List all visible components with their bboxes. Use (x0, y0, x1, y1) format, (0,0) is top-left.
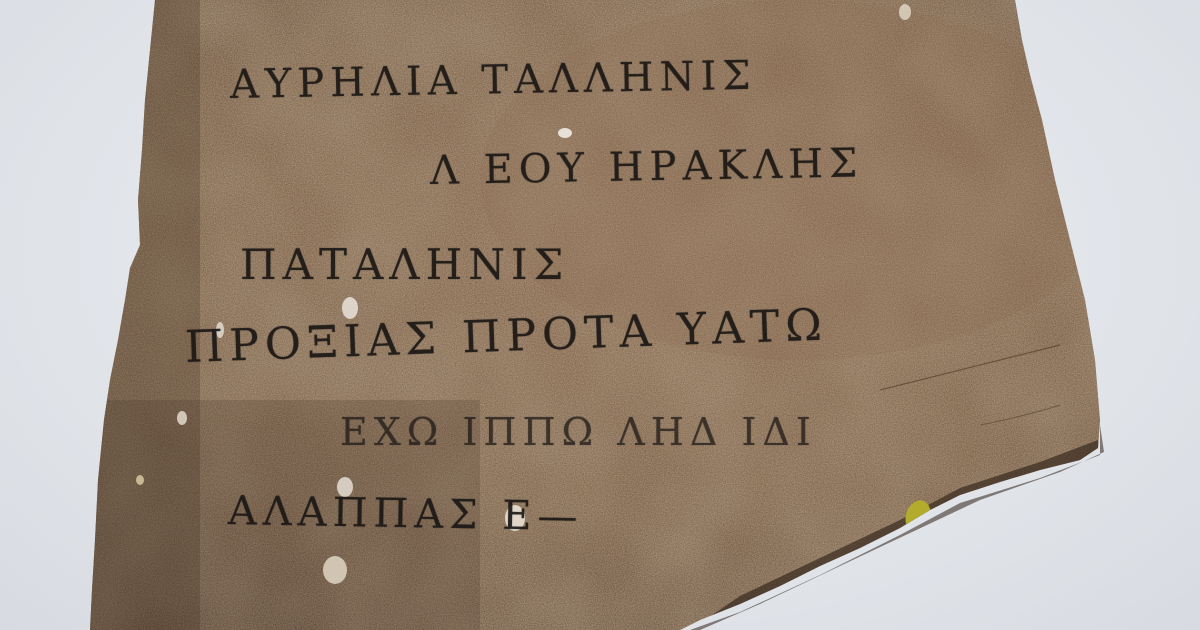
photo-scene: ΑΥΡΗΛΙΑ ΤΑΛΛΗΝΙΣ Λ ΕΟΥ ΗΡΑΚΛΗΣ ΠΑΤΑΛΗΝΙΣ… (0, 0, 1200, 630)
ostracon-shard (0, 0, 1200, 630)
